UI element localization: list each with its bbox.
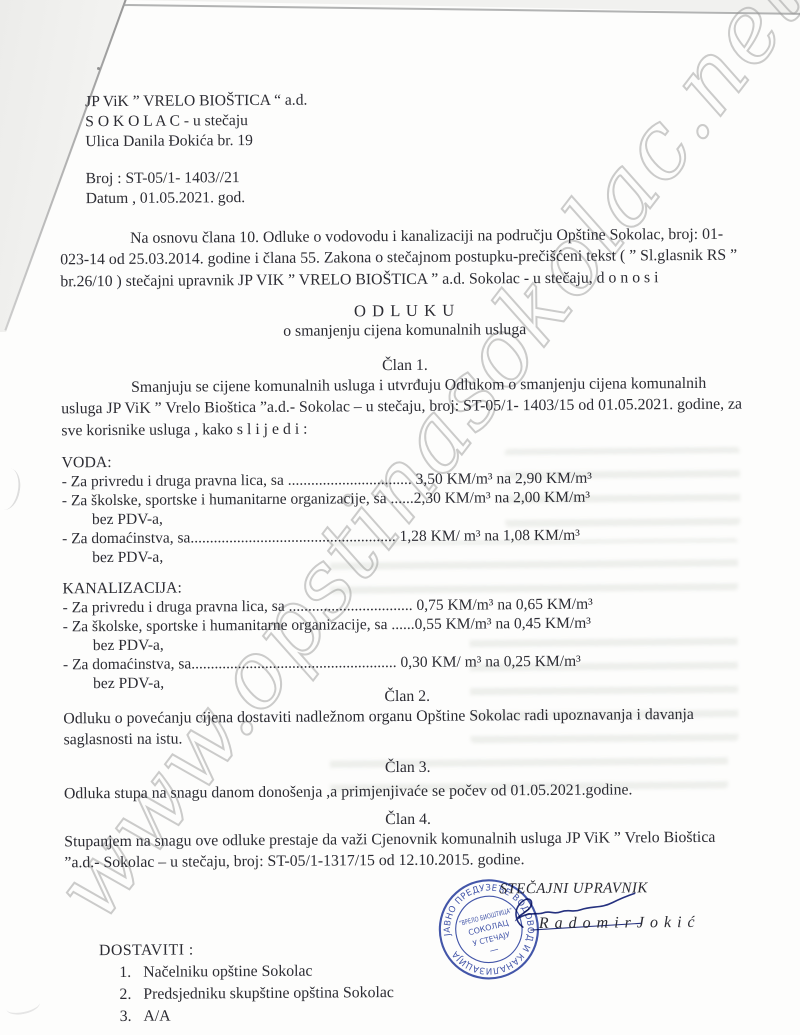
doc-date: Datum , 01.05.2021. god. <box>86 188 246 209</box>
sewer-price-line: - Za školske, sportske i humanitarne org… <box>63 614 593 637</box>
company-name: JP ViK ” VRELO BIOŠTICA “ a.d. <box>85 91 307 112</box>
company-city: S O K O L A C - u stečaju <box>85 111 248 132</box>
distribution-list: Načelniku opštine Sokolac Predsjedniku s… <box>99 960 394 1027</box>
scanned-document-page: www.opstinasokolac.net JP ViK ” VRELO BI… <box>0 0 800 1035</box>
article-4-body: Stupanjem na snagu ove odluke prestaje d… <box>64 827 752 875</box>
stamp-dash: — <box>489 945 500 957</box>
article-2-body: Odluku o povećanju cijena dostaviti nadl… <box>63 704 751 752</box>
doc-number: Broj : ST-05/1- 1403//21 <box>86 168 240 189</box>
distribution-item: Predsjedniku skupštine opština Sokolac <box>135 982 394 1006</box>
article-1-body: Smanjuju se cijene komunalnih usluga i u… <box>61 373 749 442</box>
sewer-price-section: KANALIZACIJA: - Za privredu i druga prav… <box>62 576 593 694</box>
signature-name: R a d o m i r J o k i ć <box>539 914 696 933</box>
distribution-item: Načelniku opštine Sokolac <box>135 960 394 984</box>
distribution-heading: DOSTAVITI : <box>99 941 194 960</box>
company-address: Ulica Danila Đokića br. 19 <box>85 131 253 152</box>
decision-subtitle: o smanjenju cijena komunalnih usluga <box>61 320 749 343</box>
water-price-note: bez PDV-a, <box>62 545 592 568</box>
distribution-item: A/A <box>135 1004 394 1028</box>
article-3-body: Odluka stupa na snagu danom donošenja ,a… <box>64 779 752 805</box>
sewer-price-line: - Za domaćinstva, sa....................… <box>63 652 593 675</box>
water-price-line: - Za školske, sportske i humanitarne org… <box>62 488 592 511</box>
intro-paragraph: Na osnovu člana 10. Odluke o vodovodu i … <box>60 224 748 293</box>
water-price-section: VODA: - Za privredu i druga pravna lica,… <box>62 450 593 568</box>
article-3-heading: Član 3. <box>64 757 752 780</box>
water-price-line: - Za domaćinstva, sa....................… <box>62 526 592 549</box>
